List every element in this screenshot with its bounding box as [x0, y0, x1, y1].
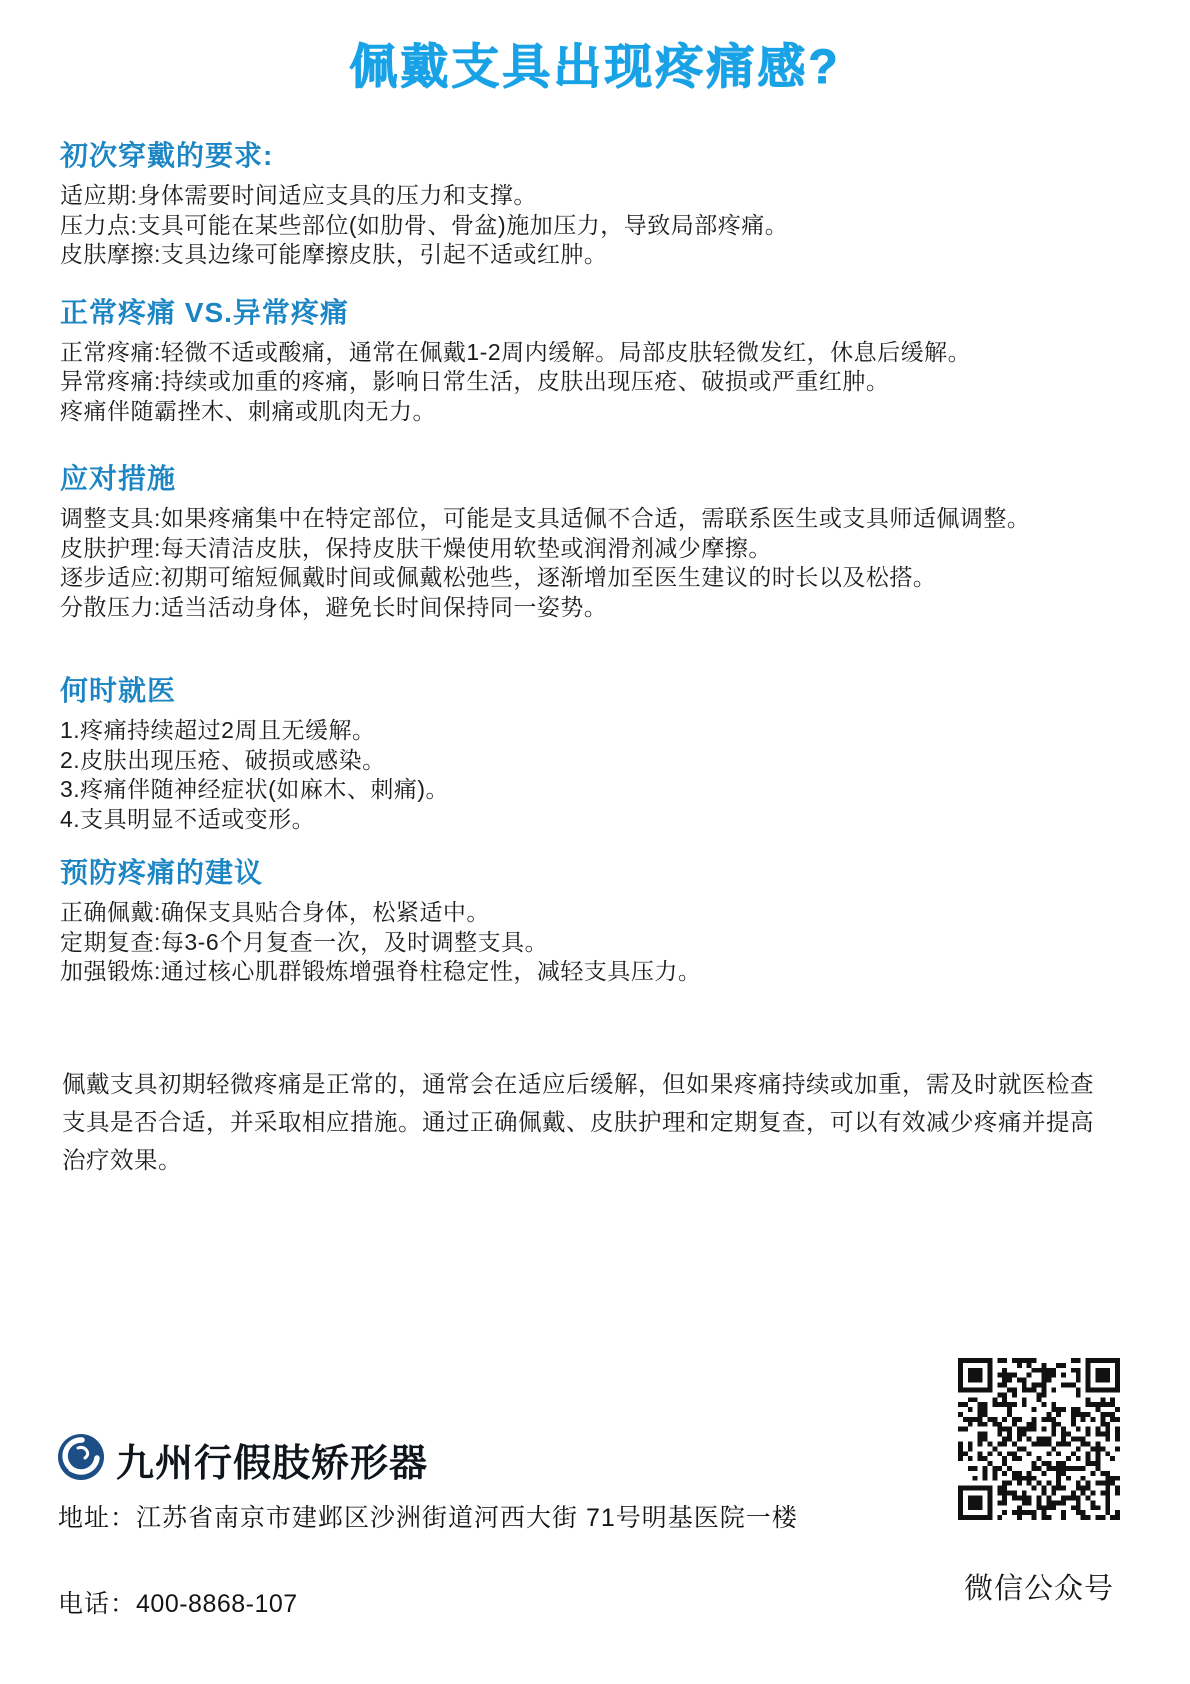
phone-row: 电话：400-8868-107: [58, 1584, 298, 1620]
section-heading: 初次穿戴的要求:: [60, 139, 1120, 173]
section-heading: 何时就医: [60, 674, 1120, 708]
body-line: 皮肤摩擦:支具边缘可能摩擦皮肤，引起不适或红肿。: [60, 240, 1120, 270]
body-line: 逐步适应:初期可缩短佩戴时间或佩戴松弛些，逐渐增加至医生建议的时长以及松搭。: [60, 563, 1120, 593]
body-line: 压力点:支具可能在某些部位(如肋骨、骨盆)施加压力，导致局部疼痛。: [60, 211, 1120, 241]
section-countermeasures: 应对措施 调整支具:如果疼痛集中在特定部位，可能是支具适佩不合适，需联系医生或支…: [60, 462, 1120, 622]
address-row: 地址：江苏省南京市建邺区沙洲街道河西大街 71号明基医院一楼: [58, 1498, 798, 1534]
section-normal-vs-abnormal-pain: 正常疼痛 VS.异常疼痛 正常疼痛:轻微不适或酸痛，通常在佩戴1-2周内缓解。局…: [60, 296, 1120, 427]
section-body: 1.疼痛持续超过2周且无缓解。 2.皮肤出现压疮、破损或感染。 3.疼痛伴随神经…: [60, 716, 1120, 834]
company-logo-icon: [56, 1432, 106, 1487]
section-heading: 预防疼痛的建议: [60, 856, 1120, 890]
body-line: 分散压力:适当活动身体，避免长时间保持同一姿势。: [60, 593, 1120, 623]
wechat-qr-code: [958, 1358, 1120, 1520]
section-body: 正常疼痛:轻微不适或酸痛，通常在佩戴1-2周内缓解。局部皮肤轻微发红，休息后缓解…: [60, 338, 1120, 427]
body-line: 2.皮肤出现压疮、破损或感染。: [60, 746, 1120, 776]
body-line: 异常疼痛:持续或加重的疼痛，影响日常生活，皮肤出现压疮、破损或严重红肿。: [60, 367, 1120, 397]
body-line: 适应期:身体需要时间适应支具的压力和支撑。: [60, 181, 1120, 211]
phone-label: 电话：: [58, 1590, 136, 1618]
phone-value: 400-8868-107: [136, 1590, 298, 1618]
wechat-qr-label: 微信公众号: [944, 1566, 1134, 1607]
section-first-wear: 初次穿戴的要求: 适应期:身体需要时间适应支具的压力和支撑。 压力点:支具可能在…: [60, 139, 1120, 270]
section-when-to-see-doctor: 何时就医 1.疼痛持续超过2周且无缓解。 2.皮肤出现压疮、破损或感染。 3.疼…: [60, 674, 1120, 834]
section-pain-prevention-tips: 预防疼痛的建议 正确佩戴:确保支具贴合身体，松紧适中。 定期复查:每3-6个月复…: [60, 856, 1120, 987]
address-value: 江苏省南京市建邺区沙洲街道河西大街 71号明基医院一楼: [136, 1504, 798, 1532]
company-name: 九州行假肢矫形器: [116, 1432, 428, 1487]
section-body: 调整支具:如果疼痛集中在特定部位，可能是支具适佩不合适，需联系医生或支具师适佩调…: [60, 504, 1120, 622]
body-line: 正确佩戴:确保支具贴合身体，松紧适中。: [60, 898, 1120, 928]
body-line: 调整支具:如果疼痛集中在特定部位，可能是支具适佩不合适，需联系医生或支具师适佩调…: [60, 504, 1120, 534]
summary-paragraph: 佩戴支具初期轻微疼痛是正常的，通常会在适应后缓解，但如果疼痛持续或加重，需及时就…: [0, 1065, 1190, 1179]
body-line: 1.疼痛持续超过2周且无缓解。: [60, 716, 1120, 746]
company-brand: 九州行假肢矫形器: [56, 1432, 428, 1487]
address-label: 地址：: [58, 1504, 136, 1532]
section-body: 正确佩戴:确保支具贴合身体，松紧适中。 定期复查:每3-6个月复查一次，及时调整…: [60, 898, 1120, 987]
body-line: 4.支具明显不适或变形。: [60, 805, 1120, 835]
section-body: 适应期:身体需要时间适应支具的压力和支撑。 压力点:支具可能在某些部位(如肋骨、…: [60, 181, 1120, 270]
body-line: 皮肤护理:每天清洁皮肤，保持皮肤干燥使用软垫或润滑剂减少摩擦。: [60, 534, 1120, 564]
body-line: 定期复查:每3-6个月复查一次，及时调整支具。: [60, 928, 1120, 958]
flyer-page: 佩戴支具出现疼痛感? 初次穿戴的要求: 适应期:身体需要时间适应支具的压力和支撑…: [0, 0, 1190, 1684]
flyer-content: 初次穿戴的要求: 适应期:身体需要时间适应支具的压力和支撑。 压力点:支具可能在…: [0, 139, 1190, 987]
section-heading: 应对措施: [60, 462, 1120, 496]
body-line: 加强锻炼:通过核心肌群锻炼增强脊柱稳定性，减轻支具压力。: [60, 957, 1120, 987]
page-title: 佩戴支具出现疼痛感?: [0, 0, 1190, 95]
section-heading: 正常疼痛 VS.异常疼痛: [60, 296, 1120, 330]
body-line: 3.疼痛伴随神经症状(如麻木、刺痛)。: [60, 775, 1120, 805]
body-line: 疼痛伴随霸挫木、刺痛或肌肉无力。: [60, 397, 1120, 427]
body-line: 正常疼痛:轻微不适或酸痛，通常在佩戴1-2周内缓解。局部皮肤轻微发红，休息后缓解…: [60, 338, 1120, 368]
